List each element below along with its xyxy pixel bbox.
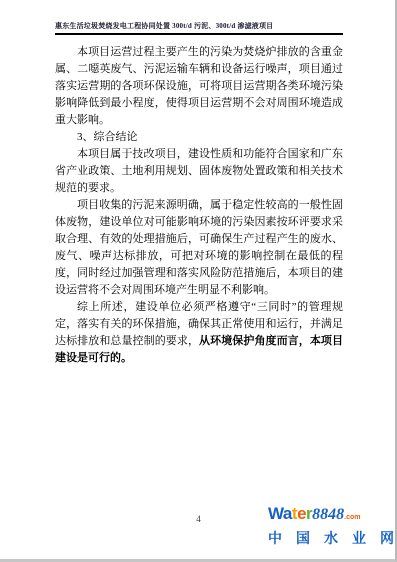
logo-letter-a: a [283,504,292,523]
paragraph-sludge-source: 项目收集的污泥来源明确，属于稳定性较高的一般性固体废物，建设单位对可能影响环境的… [55,197,343,299]
logo-subtitle-char: 网 [380,528,394,548]
water8848-logo: Water8848.com 中 国 水 业 网 [268,504,394,548]
paragraph-operation-pollution: 本项目运营过程主要产生的污染为焚烧炉排放的含重金属、二噁英废气、污泥运输车辆和设… [55,44,343,129]
header-divider [55,33,343,35]
document-header-title: 惠东生活垃圾焚烧发电工程协同处置 300t/d 污泥、300t/d 渗滤液项目 [55,21,343,31]
logo-letter-e: e [297,504,306,523]
document-body: 本项目运营过程主要产生的污染为焚烧炉排放的含重金属、二噁英废气、污泥运输车辆和设… [55,44,343,367]
document-page: 惠东生活垃圾焚烧发电工程协同处置 300t/d 污泥、300t/d 渗滤液项目 … [0,0,397,562]
logo-subtitle-char: 业 [352,528,366,548]
logo-number-8848: 8848 [312,506,344,523]
logo-subtitle-char: 中 [268,528,282,548]
logo-subtitle-char: 国 [296,528,310,548]
paragraph-conclusion: 综上所述，建设单位必须严格遵守“三同时”的管理规定，落实有关的环保措施，确保其正… [55,299,343,367]
logo-subtitle-china-water: 中 国 水 业 网 [268,528,394,548]
logo-subtitle-char: 水 [324,528,338,548]
paragraph-section-heading: 3、综合结论 [55,129,343,146]
water8848-wordmark: Water8848.com [268,504,394,527]
paragraph-policy-compliance: 本项目属于技改项目，建设性质和功能符合国家和广东省产业政策、土地利用规划、固体废… [55,146,343,197]
logo-letter-w: W [268,504,283,523]
logo-domain-suffix: .com [344,514,360,521]
